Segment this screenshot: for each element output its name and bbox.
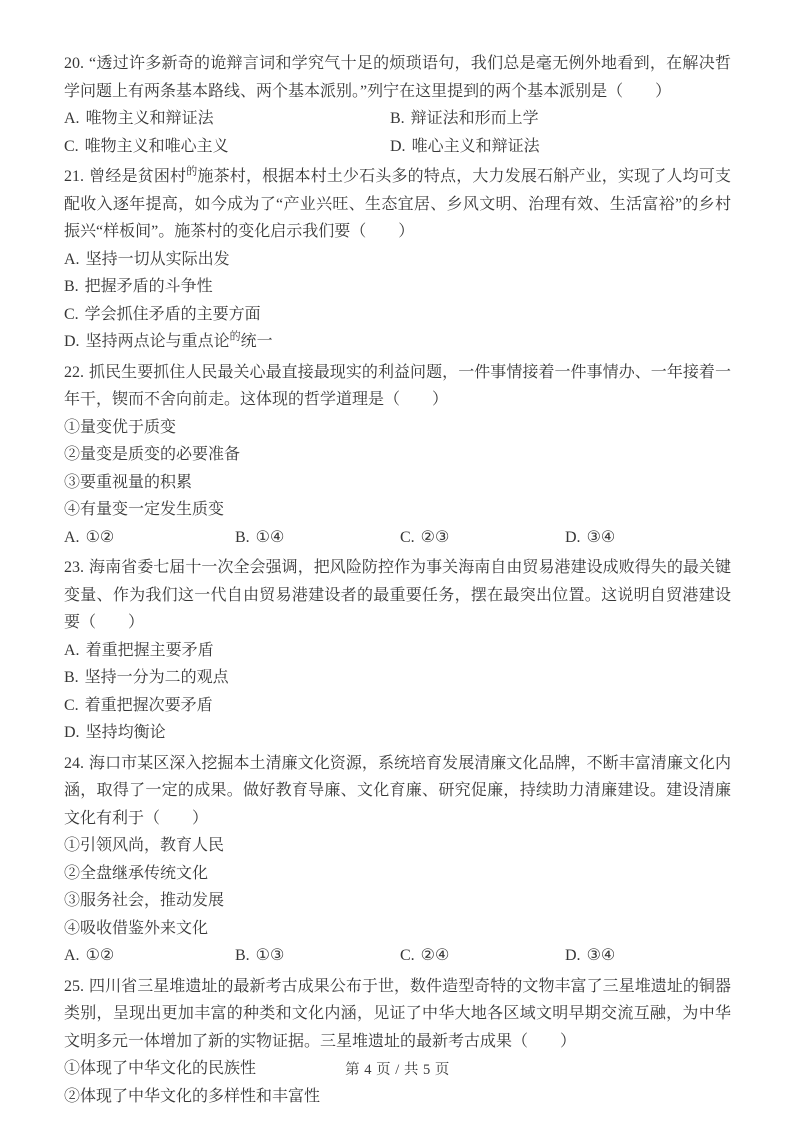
- question-24-text: 海口市某区深入挖掘本土清廉文化资源，系统培育发展清廉文化品牌，不断丰富清廉文化内…: [64, 755, 731, 827]
- statement-2: ②量变是质变的必要准备: [64, 441, 731, 469]
- question-24-option-a: A.①②: [64, 942, 235, 970]
- option-text: ②④: [421, 947, 450, 964]
- question-23-text: 海南省委七届十一次全会强调，把风险防控作为事关海南自由贸易港建设成败得失的最关键…: [64, 559, 731, 631]
- question-25-text: 四川省三星堆遗址的最新考古成果公布于世，数件造型奇特的文物丰富了三星堆遗址的铜器…: [64, 978, 731, 1050]
- question-23-option-d: D.坚持均衡论: [64, 719, 731, 747]
- option-text: 着重把握主要矛盾: [86, 642, 214, 659]
- option-text: ①②: [86, 529, 115, 546]
- question-22-option-d: D.③④: [565, 524, 731, 552]
- question-20: 20.“透过许多新奇的诡辩言词和学究气十足的烦琐语句，我们总是毫无例外地看到，在…: [64, 50, 731, 160]
- statement-2: ②体现了中华文化的多样性和丰富性: [64, 1083, 731, 1111]
- statement-3: ③服务社会，推动发展: [64, 887, 731, 915]
- question-24-option-c: C.②④: [400, 942, 565, 970]
- option-label: C.: [400, 947, 415, 964]
- option-label: A.: [64, 529, 80, 546]
- option-label: D.: [64, 333, 80, 350]
- option-label: A.: [64, 947, 80, 964]
- option-text: ③④: [587, 947, 616, 964]
- question-20-option-b: B.辩证法和形而上学: [390, 105, 731, 133]
- option-label: C.: [400, 529, 415, 546]
- option-text: 坚持一切从实际出发: [86, 251, 230, 268]
- statement-4: ④吸收借鉴外来文化: [64, 915, 731, 943]
- option-text: ②③: [421, 529, 450, 546]
- question-20-option-a: A.唯物主义和辩证法: [64, 105, 390, 133]
- question-20-number: 20.: [64, 55, 84, 72]
- option-text: 唯物主义和唯心主义: [85, 138, 229, 155]
- question-21-number: 21.: [64, 168, 84, 185]
- question-22-text: 抓民生要抓住人民最关心最直接最现实的利益问题，一件事情接着一件事情办、一年接着一…: [64, 364, 731, 409]
- option-label: B.: [64, 278, 79, 295]
- question-21-option-b: B.把握矛盾的斗争性: [64, 273, 731, 301]
- option-label: B.: [64, 669, 79, 686]
- question-24-option-b: B.①③: [235, 942, 400, 970]
- question-23: 23.海南省委七届十一次全会强调，把风险防控作为事关海南自由贸易港建设成败得失的…: [64, 554, 731, 747]
- statement-4: ④有量变一定发生质变: [64, 496, 731, 524]
- option-label: B.: [235, 947, 250, 964]
- question-22-stem: 22.抓民生要抓住人民最关心最直接最现实的利益问题，一件事情接着一件事情办、一年…: [64, 359, 731, 414]
- question-22: 22.抓民生要抓住人民最关心最直接最现实的利益问题，一件事情接着一件事情办、一年…: [64, 359, 731, 552]
- document-page: 20.“透过许多新奇的诡辩言词和学究气十足的烦琐语句，我们总是毫无例外地看到，在…: [0, 0, 795, 1125]
- statement-1: ①量变优于质变: [64, 414, 731, 442]
- question-20-text: “透过许多新奇的诡辩言词和学究气十足的烦琐语句，我们总是毫无例外地看到，在解决哲…: [64, 55, 731, 100]
- option-label: D.: [390, 138, 406, 155]
- option-label: C.: [64, 306, 79, 323]
- page-number-text: 第 4 页 / 共 5 页: [345, 1062, 450, 1078]
- question-23-number: 23.: [64, 559, 84, 576]
- question-21-option-d: D.坚持两点论与重点论的统一: [64, 328, 731, 356]
- option-label: B.: [390, 110, 405, 127]
- question-21: 21.曾经是贫困村的施茶村，根据本村土少石头多的特点，大力发展石斛产业，实现了人…: [64, 163, 731, 356]
- question-20-option-d: D.唯心主义和辩证法: [390, 133, 731, 161]
- statement-3: ③要重视量的积累: [64, 469, 731, 497]
- option-text: 坚持均衡论: [86, 724, 166, 741]
- option-label: D.: [565, 947, 581, 964]
- statement-2: ②全盘继承传统文化: [64, 860, 731, 888]
- question-21-options: A.坚持一切从实际出发 B.把握矛盾的斗争性 C.学会抓住矛盾的主要方面 D.坚…: [64, 246, 731, 356]
- option-text: ①③: [256, 947, 285, 964]
- question-22-option-b: B.①④: [235, 524, 400, 552]
- option-label: D.: [64, 724, 80, 741]
- option-text: ①②: [86, 947, 115, 964]
- option-text: 辩证法和形而上学: [411, 110, 539, 127]
- option-label: D.: [565, 529, 581, 546]
- question-23-option-b: B.坚持一分为二的观点: [64, 664, 731, 692]
- option-label: C.: [64, 138, 79, 155]
- option-label: A.: [64, 110, 80, 127]
- option-label: B.: [235, 529, 250, 546]
- question-23-options: A.着重把握主要矛盾 B.坚持一分为二的观点 C.着重把握次要矛盾 D.坚持均衡…: [64, 637, 731, 747]
- question-20-stem: 20.“透过许多新奇的诡辩言词和学究气十足的烦琐语句，我们总是毫无例外地看到，在…: [64, 50, 731, 105]
- question-20-option-c: C.唯物主义和唯心主义: [64, 133, 390, 161]
- question-24-option-d: D.③④: [565, 942, 731, 970]
- question-21-stem: 21.曾经是贫困村的施茶村，根据本村土少石头多的特点，大力发展石斛产业，实现了人…: [64, 163, 731, 246]
- option-text: ③④: [587, 529, 616, 546]
- option-text: 唯物主义和辩证法: [86, 110, 214, 127]
- question-21-option-c: C.学会抓住矛盾的主要方面: [64, 301, 731, 329]
- question-21-text-pre: 曾经是贫困村: [89, 168, 186, 185]
- question-22-option-c: C.②③: [400, 524, 565, 552]
- question-23-stem: 23.海南省委七届十一次全会强调，把风险防控作为事关海南自由贸易港建设成败得失的…: [64, 554, 731, 637]
- option-text: 唯心主义和辩证法: [412, 138, 540, 155]
- question-24: 24.海口市某区深入挖掘本土清廉文化资源，系统培育发展清廉文化品牌，不断丰富清廉…: [64, 750, 731, 970]
- question-21-option-a: A.坚持一切从实际出发: [64, 246, 731, 274]
- option-text: 把握矛盾的斗争性: [85, 278, 213, 295]
- option-text: 着重把握次要矛盾: [85, 697, 213, 714]
- option-label: A.: [64, 642, 80, 659]
- question-23-option-a: A.着重把握主要矛盾: [64, 637, 731, 665]
- option-label: C.: [64, 697, 79, 714]
- question-22-options: A.①② B.①④ C.②③ D.③④: [64, 524, 731, 552]
- statement-1: ①引领风尚，教育人民: [64, 832, 731, 860]
- option-text-pre: 坚持两点论与重点论: [86, 333, 230, 350]
- option-text: 坚持一分为二的观点: [85, 669, 229, 686]
- question-25: 25.四川省三星堆遗址的最新考古成果公布于世，数件造型奇特的文物丰富了三星堆遗址…: [64, 973, 731, 1111]
- question-25-number: 25.: [64, 978, 84, 995]
- option-text-post: 统一: [241, 333, 273, 350]
- option-text: ①④: [256, 529, 285, 546]
- question-24-number: 24.: [64, 755, 84, 772]
- question-24-options: A.①② B.①③ C.②④ D.③④: [64, 942, 731, 970]
- question-24-statements: ①引领风尚，教育人民 ②全盘继承传统文化 ③服务社会，推动发展 ④吸收借鉴外来文…: [64, 832, 731, 942]
- question-20-options: A.唯物主义和辩证法 B.辩证法和形而上学 C.唯物主义和唯心主义 D.唯心主义…: [64, 105, 731, 160]
- option-text: 学会抓住矛盾的主要方面: [85, 306, 261, 323]
- question-25-stem: 25.四川省三星堆遗址的最新考古成果公布于世，数件造型奇特的文物丰富了三星堆遗址…: [64, 973, 731, 1056]
- question-22-statements: ①量变优于质变 ②量变是质变的必要准备 ③要重视量的积累 ④有量变一定发生质变: [64, 414, 731, 524]
- option-label: A.: [64, 251, 80, 268]
- question-21-superscript: 的: [186, 166, 197, 178]
- question-22-number: 22.: [64, 364, 84, 381]
- question-23-option-c: C.着重把握次要矛盾: [64, 692, 731, 720]
- page-footer: 第 4 页 / 共 5 页: [0, 1058, 795, 1079]
- question-24-stem: 24.海口市某区深入挖掘本土清廉文化资源，系统培育发展清廉文化品牌，不断丰富清廉…: [64, 750, 731, 833]
- question-22-option-a: A.①②: [64, 524, 235, 552]
- option-superscript: 的: [230, 331, 241, 343]
